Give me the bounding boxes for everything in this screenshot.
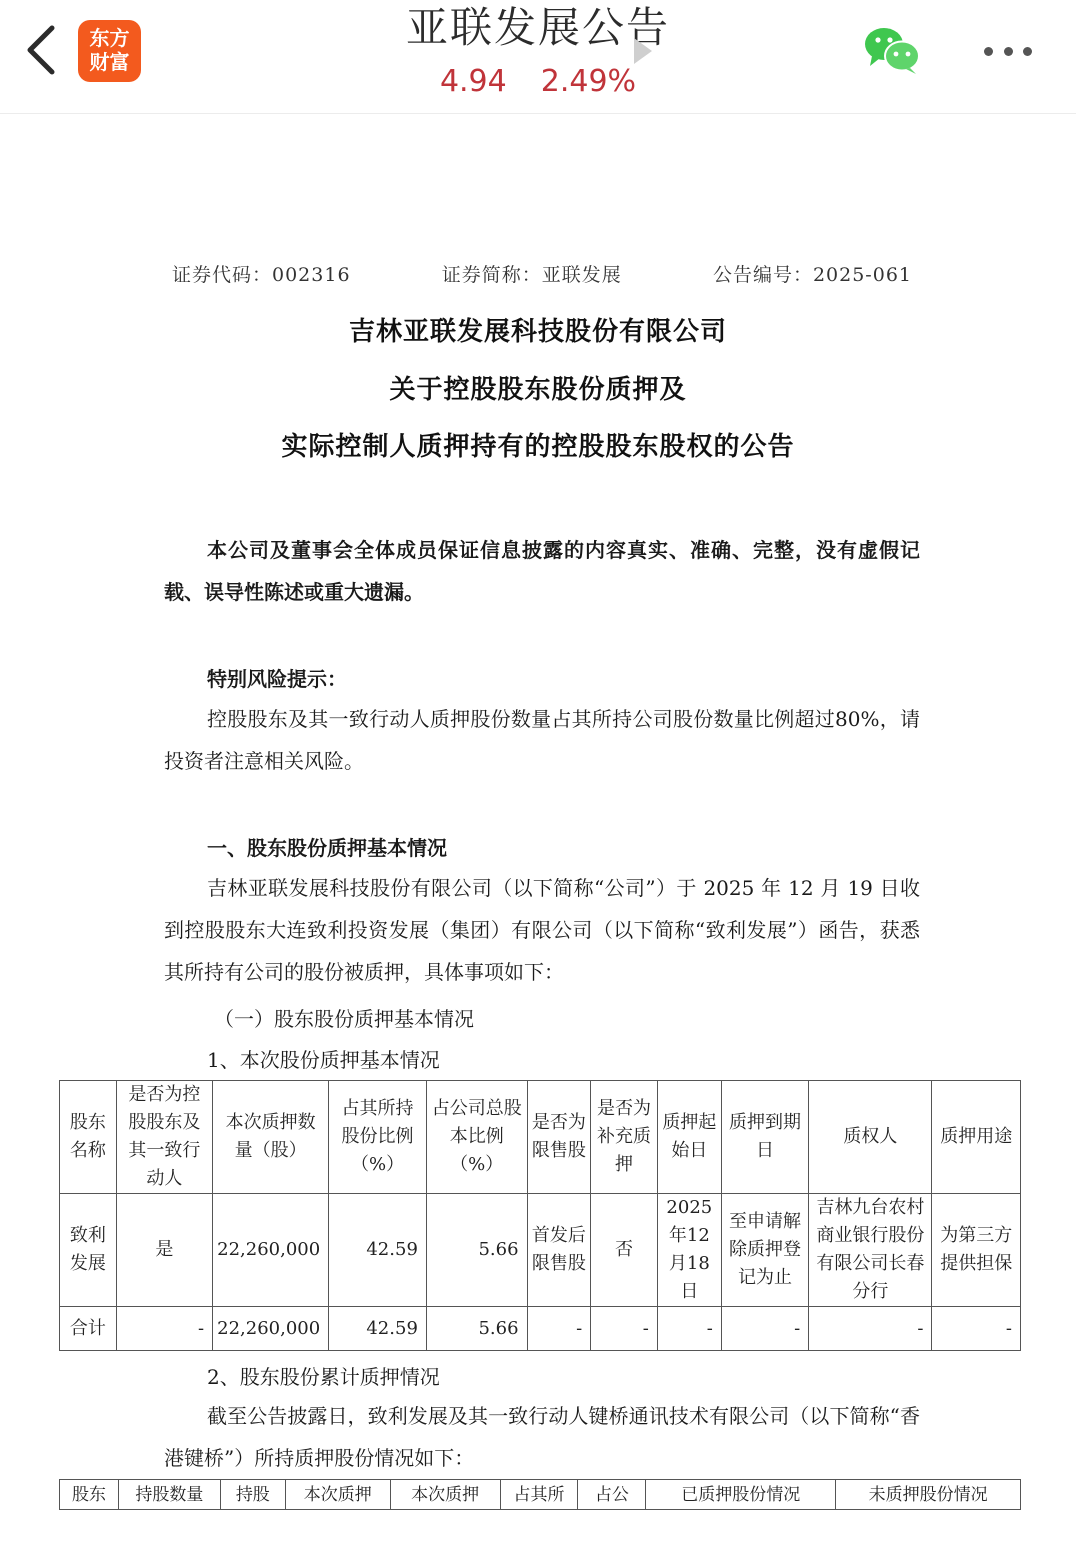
cell-start-date: 2025年12月18日 <box>657 1194 721 1307</box>
cell-pledgee: 吉林九台农村商业银行股份有限公司长春分行 <box>809 1194 932 1307</box>
more-dot <box>1023 47 1032 56</box>
table-header-row: 股东名称 是否为控股股东及其一致行动人 本次质押数量（股） 占其所持股份比例（%… <box>60 1081 1021 1194</box>
header-cell: 持股数量 <box>118 1480 220 1510</box>
title-block: 亚联发展公告 4.942.49% <box>300 2 776 104</box>
cell-pledge-qty: 22,260,000 <box>213 1194 329 1307</box>
header-cell: 质押起始日 <box>657 1081 721 1194</box>
header-cell: 占公 <box>578 1480 646 1510</box>
notice-number: 公告编号：2025-061 <box>713 260 912 287</box>
doc-title-line-2: 关于控股股东股份质押及 <box>0 369 1076 406</box>
total-cell: - <box>809 1307 932 1351</box>
cell-pct-held: 42.59 <box>329 1194 427 1307</box>
header-cell: 本次质押 <box>285 1480 390 1510</box>
total-cell: - <box>932 1307 1021 1351</box>
risk-text: 控股股东及其一致行动人质押股份数量占其所持公司股份数量比例超过80%，请投资者注… <box>164 698 920 782</box>
stock-price: 4.94 <box>440 64 507 99</box>
header-cell: 已质押股份情况 <box>646 1480 836 1510</box>
header-cell: 质权人 <box>809 1081 932 1194</box>
header-cell: 是否为控股股东及其一致行动人 <box>116 1081 212 1194</box>
total-cell: - <box>527 1307 591 1351</box>
more-dot <box>1004 47 1013 56</box>
header-cell: 本次质押数量（股） <box>213 1081 329 1194</box>
cell-is-controlling: 是 <box>116 1194 212 1307</box>
back-button[interactable] <box>20 22 64 78</box>
more-dots-icon <box>984 47 993 56</box>
table-row: 致利发展 是 22,260,000 42.59 5.66 首发后限售股 否 20… <box>60 1194 1021 1307</box>
meta-line: 证券代码：002316 证券简称：亚联发展 公告编号：2025-061 <box>172 260 912 287</box>
header-cell: 是否为补充质押 <box>591 1081 658 1194</box>
cell-purpose: 为第三方提供担保 <box>932 1194 1021 1307</box>
header-cell: 质押到期日 <box>721 1081 808 1194</box>
total-cell: 5.66 <box>426 1307 527 1351</box>
total-cell: - <box>657 1307 721 1351</box>
subsection-1-2-text: 截至公告披露日，致利发展及其一致行动人键桥通讯技术有限公司（以下简称“香港键桥”… <box>164 1395 920 1479</box>
risk-heading: 特别风险提示： <box>207 663 347 692</box>
board-statement: 本公司及董事会全体成员保证信息披露的内容真实、准确、完整，没有虚假记载、误导性陈… <box>164 529 920 613</box>
logo-line-2: 财富 <box>78 50 141 74</box>
cell-pct-total: 5.66 <box>426 1194 527 1307</box>
subsection-1-1-heading: 1、本次股份质押基本情况 <box>207 1044 440 1073</box>
header-cell: 占其所持股份比例（%） <box>329 1081 427 1194</box>
header-cell: 占公司总股本比例（%） <box>426 1081 527 1194</box>
security-code: 证券代码：002316 <box>172 260 351 287</box>
wechat-icon <box>862 26 922 76</box>
cell-restricted: 首发后限售股 <box>527 1194 591 1307</box>
total-cell: 22,260,000 <box>213 1307 329 1351</box>
total-cell: 42.59 <box>329 1307 427 1351</box>
header-cell: 持股 <box>220 1480 285 1510</box>
app-logo[interactable]: 东方 财富 <box>78 20 141 82</box>
subsection-1-heading: （一）股东股份质押基本情况 <box>214 1003 474 1032</box>
cell-supplementary: 否 <box>591 1194 658 1307</box>
doc-title-line-3: 实际控制人质押持有的控股股东股权的公告 <box>0 426 1076 463</box>
play-triangle-icon <box>632 36 654 66</box>
table-header-row: 股东 持股数量 持股 本次质押 本次质押 占其所 占公 已质押股份情况 未质押股… <box>60 1480 1021 1510</box>
page-title: 亚联发展公告 <box>300 2 776 54</box>
subsection-1-2-heading: 2、股东股份累计质押情况 <box>207 1361 440 1390</box>
header-cell: 质押用途 <box>932 1081 1021 1194</box>
header-cell: 占其所 <box>500 1480 578 1510</box>
header-cell: 股东名称 <box>60 1081 117 1194</box>
stock-change-pct: 2.49% <box>541 64 636 99</box>
cumulative-pledge-table: 股东 持股数量 持股 本次质押 本次质押 占其所 占公 已质押股份情况 未质押股… <box>59 1479 1021 1510</box>
section-1-text: 吉林亚联发展科技股份有限公司（以下简称“公司”）于 2025 年 12 月 19… <box>164 867 920 993</box>
security-short-name: 证券简称：亚联发展 <box>442 260 622 287</box>
top-bar: 东方 财富 亚联发展公告 4.942.49% <box>0 0 1076 114</box>
table-total-row: 合计 - 22,260,000 42.59 5.66 - - - - - - <box>60 1307 1021 1351</box>
expand-button[interactable] <box>632 36 654 66</box>
stock-quote[interactable]: 4.942.49% <box>300 60 776 104</box>
header-cell: 本次质押 <box>390 1480 500 1510</box>
section-1-heading: 一、股东股份质押基本情况 <box>207 832 447 861</box>
cell-shareholder: 致利发展 <box>60 1194 117 1307</box>
wechat-share-button[interactable] <box>862 26 922 76</box>
total-cell: - <box>591 1307 658 1351</box>
logo-line-1: 东方 <box>78 26 141 50</box>
cell-end-date: 至申请解除质押登记为止 <box>721 1194 808 1307</box>
header-cell: 股东 <box>60 1480 119 1510</box>
chevron-left-icon <box>20 22 64 78</box>
doc-title-line-1: 吉林亚联发展科技股份有限公司 <box>0 311 1076 348</box>
total-label: 合计 <box>60 1307 117 1351</box>
header-cell: 是否为限售股 <box>527 1081 591 1194</box>
total-cell: - <box>116 1307 212 1351</box>
pledge-table: 股东名称 是否为控股股东及其一致行动人 本次质押数量（股） 占其所持股份比例（%… <box>59 1080 1021 1351</box>
total-cell: - <box>721 1307 808 1351</box>
more-button[interactable] <box>980 36 1036 66</box>
header-cell: 未质押股份情况 <box>836 1480 1021 1510</box>
